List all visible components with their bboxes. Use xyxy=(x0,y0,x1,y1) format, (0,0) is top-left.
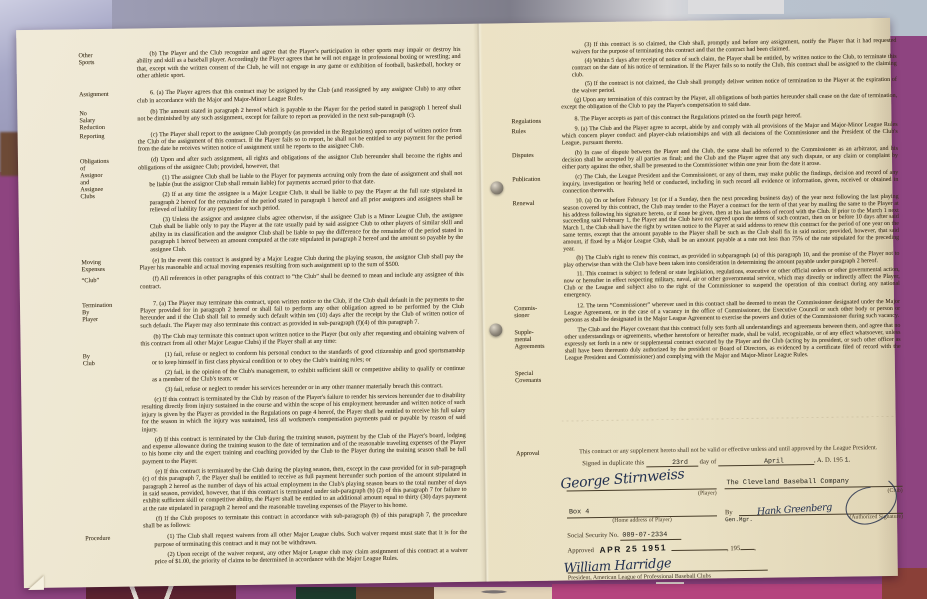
contract-section: Procedure (1) The Club shall request wai… xyxy=(85,529,467,569)
section-paragraphs: (c) The Player shall report to the assig… xyxy=(138,127,462,156)
section-margin-label: Supple- mental Agreements xyxy=(514,327,565,364)
by-label: By xyxy=(725,509,739,516)
section-paragraphs: (c) The Club, the League President and t… xyxy=(562,170,898,198)
contract-paragraph: (1) fail, refuse or neglect to conform h… xyxy=(152,347,465,366)
contract-paragraph: (4) Within 5 days after receipt of notic… xyxy=(572,54,897,79)
date-stamp: APR 25 1951 xyxy=(595,542,671,555)
ssn-row: Social Security No. 009-07-2334 xyxy=(567,528,903,541)
signature-grid: George Stirnweiss (Player) Box 4 (Home a… xyxy=(566,473,903,526)
contract-section: Renewal 10. (a) On or before February 1s… xyxy=(513,194,900,303)
contract-paragraph: (2) fail, in the opinion of the Club's m… xyxy=(152,364,465,383)
approval-signature-block: Approval This contract or any supplement… xyxy=(516,444,904,582)
approved-comma: , xyxy=(754,545,756,552)
contract-paragraph: (b) The Player and the Club recognize an… xyxy=(136,46,460,80)
contract-paragraph: (3) Unless the assignor and assignee clu… xyxy=(150,212,463,253)
blank-line xyxy=(671,542,727,551)
section-margin-label: Other Sports xyxy=(78,50,136,83)
contract-paragraph: (3) If this contract is so claimed, the … xyxy=(571,38,896,56)
section-paragraphs xyxy=(565,363,902,414)
contract-paragraph: The Club and the Player covenant that th… xyxy=(564,323,900,362)
blank-line xyxy=(740,542,754,550)
contract-paragraph: (f) If the Club proposes to terminate th… xyxy=(143,511,467,530)
photo-of-baseball-contract: { "palette":{"mat_purple":"#8e4480","pap… xyxy=(0,0,927,599)
contract-paragraph: (2) Upon receipt of the waiver request, … xyxy=(154,547,467,566)
section-margin-label: Special Covenants xyxy=(515,368,566,415)
section-margin-label: Assignment xyxy=(79,90,137,108)
contract-paragraph: (1) The Club shall request waivers from … xyxy=(154,529,467,548)
day-of-label: day of xyxy=(700,459,717,466)
brass-fastener xyxy=(489,323,502,336)
contract-paragraph: (1) The assignee Club shall be liable to… xyxy=(149,170,462,189)
section-paragraphs: (b) The Player and the Club recognize an… xyxy=(136,46,460,83)
contract-section: Obligations of Assignor and Assignee Clu… xyxy=(80,152,463,257)
section-paragraphs: 7. (a) The Player may terminate this con… xyxy=(140,295,464,332)
contract-paragraph: 11. This contract is subject to federal … xyxy=(564,267,900,299)
club-name-value: The Cleveland Baseball Company xyxy=(726,478,848,488)
contract-paragraph: 6. (a) The Player agrees that this contr… xyxy=(137,85,461,104)
authorized-signature-row: By Hank Greenberg xyxy=(725,499,903,515)
contract-paragraph: (e) In the event this contract is assign… xyxy=(139,253,463,272)
league-president-signature-line: William Harridge xyxy=(568,556,768,574)
signed-date-line: Signed in duplicate this 23rd day of Apr… xyxy=(566,456,902,469)
folded-corner xyxy=(28,576,44,590)
section-margin-label xyxy=(510,43,561,115)
gm-title: Gen.Mgr. xyxy=(725,516,753,523)
background-pink-mat-edge xyxy=(552,584,884,599)
club-name-line: The Cleveland Baseball Company xyxy=(724,473,902,489)
ink-bleed-through xyxy=(562,414,894,437)
contract-section: Termination By Player 7. (a) The Player … xyxy=(82,295,464,333)
month-field: April xyxy=(718,457,814,466)
approved-suffix: , 195 xyxy=(727,545,740,552)
section-margin-label: Reporting xyxy=(80,131,138,157)
contract-paragraph: (b) The Club may terminate this contract… xyxy=(140,329,464,348)
period: . xyxy=(848,457,850,464)
section-paragraphs: 12. The term “Commissioner” wherever use… xyxy=(564,299,900,327)
approval-content: This contract or any supplement hereto s… xyxy=(566,444,904,581)
section-margin-label: Procedure xyxy=(85,534,143,570)
contract-paragraph: 12. The term “Commissioner” wherever use… xyxy=(564,299,900,324)
contract-section: Other Sports (b) The Player and the Club… xyxy=(78,46,460,84)
section-paragraphs: (f) All references in other paragraphs o… xyxy=(140,271,464,293)
section-margin-label: Disputes xyxy=(512,150,562,174)
section-paragraphs: 9. (a) The Club and the Player agree to … xyxy=(562,122,898,150)
contract-paragraph: 9. (a) The Club and the Player agree to … xyxy=(562,122,898,147)
player-contract-document: Other Sports (b) The Player and the Club… xyxy=(16,18,898,588)
section-paragraphs: (d) Upon and after such assignment, all … xyxy=(138,152,463,256)
contract-section: Special Covenants xyxy=(515,363,902,414)
contract-paragraph: (d) Upon and after such assignment, all … xyxy=(138,152,462,171)
section-paragraphs: (b) In case of dispute between the Playe… xyxy=(562,146,898,174)
contract-paragraph: 7. (a) The Player may terminate this con… xyxy=(140,295,464,329)
contract-paragraph: (e) If this contract is terminated by th… xyxy=(142,464,467,513)
player-signature-column: George Stirnweiss (Player) Box 4 (Home a… xyxy=(566,476,717,526)
right-page-column: (3) If this contract is so claimed, the … xyxy=(510,38,901,416)
home-address-value: Box 4 xyxy=(569,508,590,516)
section-margin-label: Renewal xyxy=(513,198,564,302)
background-paper-sliver xyxy=(688,0,784,14)
section-paragraphs: The Club and the Player covenant that th… xyxy=(564,323,900,364)
section-paragraphs: (b) The amount stated in paragraph 2 her… xyxy=(137,104,461,131)
section-margin-label: “Club” xyxy=(82,276,140,294)
contract-paragraph: 10. (a) On or before February 1st (or if… xyxy=(563,194,900,254)
player-signature-line: George Stirnweiss xyxy=(566,476,716,492)
contract-paragraph: (c) The Player shall report to the assig… xyxy=(138,127,462,154)
contract-paragraph: (g) Upon any termination of this contrac… xyxy=(561,93,897,112)
background-signed-card-edge xyxy=(434,587,554,599)
brass-fastener xyxy=(490,181,503,194)
approved-label: Approved xyxy=(567,547,593,554)
contract-paragraph: (c) The Club, the League President and t… xyxy=(562,170,898,195)
club-signature-column: The Cleveland Baseball Company (Club) By… xyxy=(724,473,903,523)
section-margin-label: Commis- sioner xyxy=(514,303,564,327)
section-margin-label: Rules xyxy=(512,127,562,151)
contract-section: By Club (1) fail, refuse or neglect to c… xyxy=(83,347,467,533)
section-paragraphs: 10. (a) On or before February 1st (or if… xyxy=(563,194,900,302)
section-paragraphs: (1) The Club shall request waivers from … xyxy=(143,529,467,568)
section-margin-label: Regulations xyxy=(511,116,561,126)
ad-label: , A. D. 195 xyxy=(814,457,843,464)
background-photo-edge-brown xyxy=(356,587,434,599)
contract-paragraph: (5) If the contract is not claimed, the … xyxy=(572,77,897,95)
section-margin-label: Publication xyxy=(512,174,562,198)
section-margin-label: Moving Expenses xyxy=(81,257,139,275)
section-margin-label xyxy=(82,333,140,351)
home-address-line: Box 4 xyxy=(567,502,717,518)
contract-paragraph: (b) The amount stated in paragraph 2 her… xyxy=(137,104,461,123)
approval-intro-text: This contract or any supplement hereto s… xyxy=(566,444,902,456)
contract-paragraph: (f) All references in other paragraphs o… xyxy=(140,271,464,290)
contract-paragraph: (2) If at any time the assignee is a Maj… xyxy=(149,187,462,214)
approved-row: Approved APR 25 1951, 195, xyxy=(567,540,903,555)
contract-section: Supple- mental Agreements The Club and t… xyxy=(514,323,900,365)
contract-paragraph: (d) If this contract is terminated by th… xyxy=(142,431,466,465)
contract-paragraph: (b) In case of dispute between the Playe… xyxy=(562,146,898,171)
authorized-caption: (Authorized Signature) xyxy=(849,514,903,522)
section-margin-label: Termination By Player xyxy=(82,300,140,333)
section-margin-label: No Salary Reduction xyxy=(79,108,137,131)
contract-paragraph: (c) If this contract is terminated by th… xyxy=(141,392,465,434)
signed-prefix: Signed in duplicate this xyxy=(582,460,644,468)
center-fold-crease xyxy=(473,24,490,582)
left-page-column: Other Sports (b) The Player and the Club… xyxy=(78,46,467,570)
authorized-signature-line: Hank Greenberg xyxy=(739,499,903,515)
section-margin-label: By Club xyxy=(83,352,144,534)
section-margin-label: Approval xyxy=(516,448,568,581)
player-signature: George Stirnweiss xyxy=(560,466,685,492)
section-paragraphs: (3) If this contract is so claimed, the … xyxy=(560,38,897,114)
ssn-value: 009-07-2334 xyxy=(620,531,681,541)
section-margin-label: Obligations of Assignor and Assignee Clu… xyxy=(80,157,139,257)
ssn-label: Social Security No. xyxy=(567,532,619,540)
section-paragraphs: (1) fail, refuse or neglect to conform h… xyxy=(141,347,467,533)
contract-section: (3) If this contract is so claimed, the … xyxy=(510,38,897,114)
